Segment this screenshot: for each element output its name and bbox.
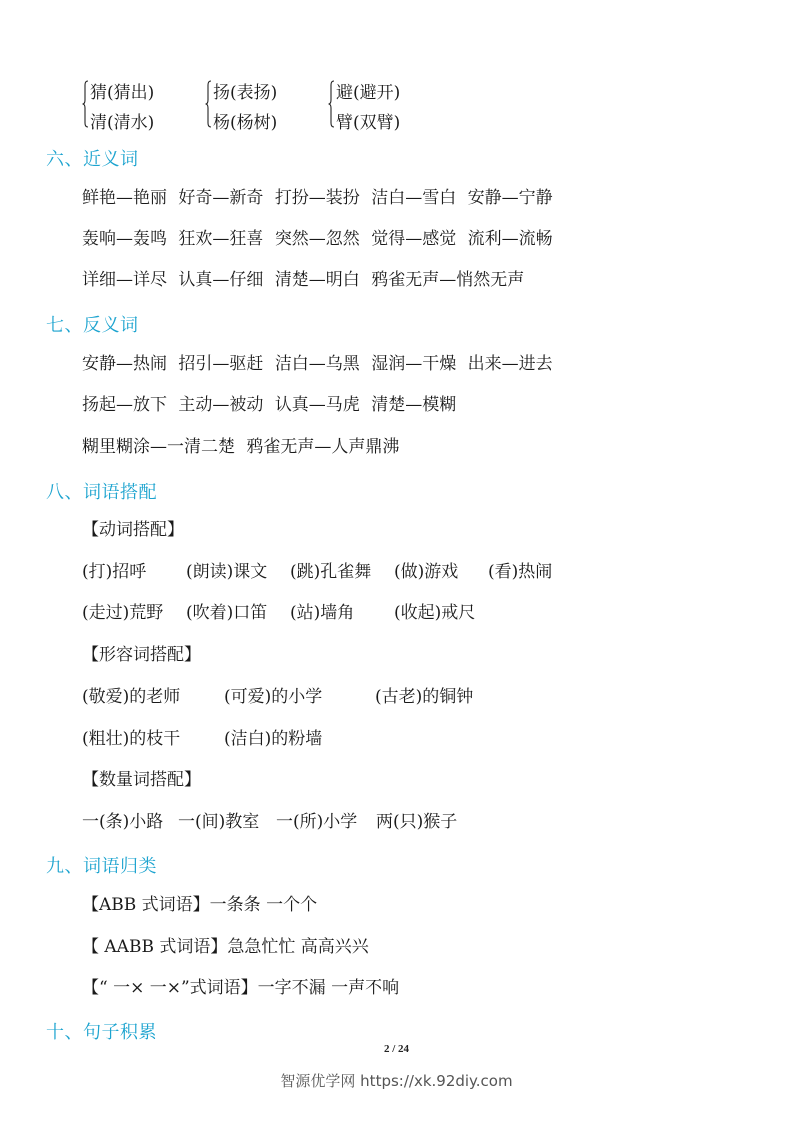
antonym-row: 扬起—放下 主动—被动 认真—马虎 清楚—模糊 — [82, 393, 462, 417]
word-pair: 主动—被动 — [178, 393, 263, 417]
word-pair: 出来—进去 — [468, 352, 553, 376]
brace-icon — [205, 80, 211, 128]
footer-watermark: 智源优学网 https://xk.92diy.com — [0, 1070, 793, 1091]
word-pair: 安静—热闹 — [82, 352, 167, 376]
section-heading-sentences: 十、句子积累 — [46, 1018, 157, 1044]
word-pair: 洁白—雪白 — [371, 186, 456, 210]
word-pair: 鸦雀无声—悄然无声 — [371, 268, 524, 292]
brace-icon — [82, 80, 88, 128]
classification-aabb: 【 AABB 式词语】急急忙忙 高高兴兴 — [82, 935, 369, 959]
antonym-row: 安静—热闹 招引—驱赶 洁白—乌黑 湿润—干燥 出来—进去 — [82, 352, 559, 376]
word-pair: 湿润—干燥 — [371, 352, 456, 376]
page-number: 2 / 24 — [0, 1043, 793, 1055]
section-heading-antonyms: 七、反义词 — [46, 311, 139, 337]
adjective-phrase: (可爱)的小学 — [224, 685, 322, 709]
word-pair: 好奇—新奇 — [178, 186, 263, 210]
verb-phrase: (吹着)口笛 — [186, 601, 267, 625]
adjective-phrase: (古老)的铜钟 — [375, 685, 473, 709]
verb-phrase: (看)热闹 — [488, 560, 552, 584]
brace-line: 清(清水) — [90, 108, 154, 138]
verb-collocation-label: 【动词搭配】 — [82, 518, 184, 542]
word-pair: 认真—马虎 — [275, 393, 360, 417]
section-heading-synonyms: 六、近义词 — [46, 145, 139, 171]
word-pair: 鸦雀无声—人声鼎沸 — [246, 435, 399, 459]
verb-phrase: (走过)荒野 — [82, 601, 163, 625]
quantifier-phrase: 一(间)教室 — [178, 810, 259, 834]
word-pair: 狂欢—狂喜 — [178, 227, 263, 251]
section-heading-collocations: 八、词语搭配 — [46, 478, 157, 504]
quantifier-phrase: 一(所)小学 — [276, 810, 357, 834]
adjective-phrase: (洁白)的粉墙 — [224, 727, 322, 751]
quantifier-collocation-label: 【数量词搭配】 — [82, 768, 201, 792]
word-pair: 突然—忽然 — [275, 227, 360, 251]
verb-phrase: (朗读)课文 — [186, 560, 267, 584]
word-pair: 轰响—轰鸣 — [82, 227, 167, 251]
adjective-phrase: (敬爱)的老师 — [82, 685, 180, 709]
word-pair: 打扮—装扮 — [275, 186, 360, 210]
word-pair: 洁白—乌黑 — [275, 352, 360, 376]
quantifier-phrase: 一(条)小路 — [82, 810, 163, 834]
adjective-collocation-label: 【形容词搭配】 — [82, 643, 201, 667]
synonym-row: 轰响—轰鸣 狂欢—狂喜 突然—忽然 觉得—感觉 流利—流畅 — [82, 227, 559, 251]
synonym-row: 鲜艳—艳丽 好奇—新奇 打扮—装扮 洁白—雪白 安静—宁静 — [82, 186, 559, 210]
classification-abb: 【ABB 式词语】一条条 一个个 — [82, 893, 317, 917]
quantifier-phrase: 两(只)猴子 — [376, 810, 457, 834]
word-pair: 清楚—明白 — [275, 268, 360, 292]
word-pair: 招引—驱赶 — [178, 352, 263, 376]
verb-phrase: (跳)孔雀舞 — [290, 560, 371, 584]
antonym-row: 糊里糊涂—一清二楚 鸦雀无声—人声鼎沸 — [82, 435, 405, 459]
word-pair: 糊里糊涂—一清二楚 — [82, 435, 235, 459]
word-pair: 安静—宁静 — [468, 186, 553, 210]
word-pair: 清楚—模糊 — [371, 393, 456, 417]
word-pair: 流利—流畅 — [468, 227, 553, 251]
word-pair: 详细—详尽 — [82, 268, 167, 292]
section-heading-classification: 九、词语归类 — [46, 852, 157, 878]
verb-phrase: (打)招呼 — [82, 560, 146, 584]
brace-line: 猜(猜出) — [90, 78, 154, 108]
word-pair: 扬起—放下 — [82, 393, 167, 417]
brace-line: 避(避开) — [336, 78, 400, 108]
adjective-phrase: (粗壮)的枝干 — [82, 727, 180, 751]
word-pair: 鲜艳—艳丽 — [82, 186, 167, 210]
brace-icon — [328, 80, 334, 128]
classification-yi-x-yi-x: 【“ 一× 一×”式词语】一字不漏 一声不响 — [82, 976, 399, 1000]
verb-phrase: (做)游戏 — [394, 560, 458, 584]
word-pair: 觉得—感觉 — [371, 227, 456, 251]
synonym-row: 详细—详尽 认真—仔细 清楚—明白 鸦雀无声—悄然无声 — [82, 268, 530, 292]
brace-line: 杨(杨树) — [213, 108, 277, 138]
verb-phrase: (收起)戒尺 — [394, 601, 475, 625]
brace-line: 扬(表扬) — [213, 78, 277, 108]
brace-line: 臂(双臂) — [336, 108, 400, 138]
verb-phrase: (站)墙角 — [290, 601, 354, 625]
word-pair: 认真—仔细 — [178, 268, 263, 292]
